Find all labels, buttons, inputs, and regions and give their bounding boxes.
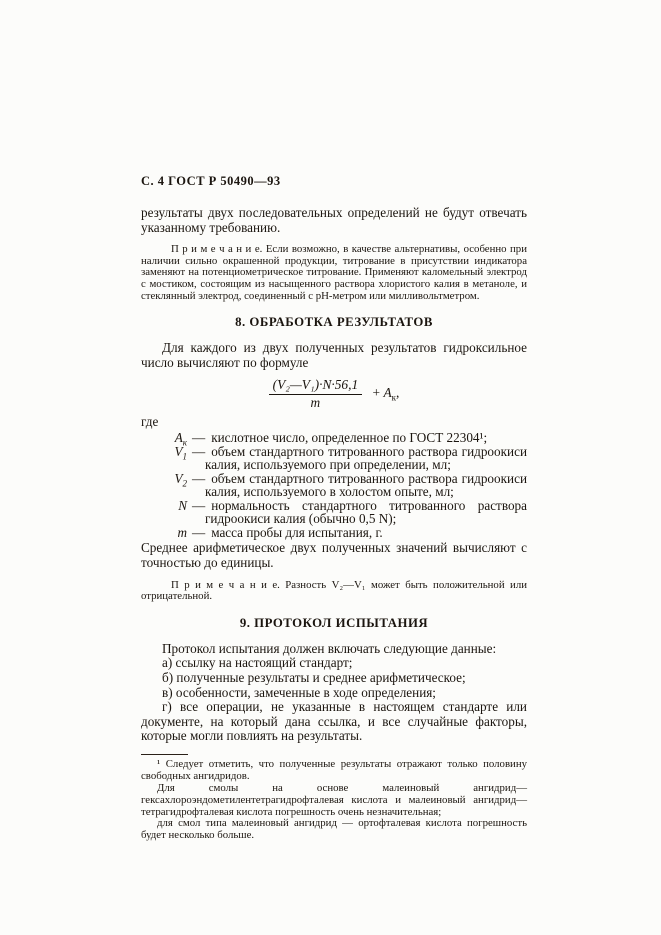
where-label: где — [141, 414, 527, 430]
definition-symbol: Aк — [160, 431, 187, 445]
definition-dash: — — [187, 525, 211, 540]
formula-intro-paragraph: Для каждого из двух полученных результат… — [141, 341, 527, 370]
fraction-numerator: (V₂—V₁)·N·56,1 — [269, 377, 363, 395]
definition-item: Aк—кислотное число, определенное по ГОСТ… — [141, 431, 527, 445]
definition-dash: — — [187, 444, 211, 459]
protocol-item: г) все операции, не указанные в настояще… — [141, 700, 527, 744]
protocol-items: а) ссылку на настоящий стандарт;б) получ… — [141, 656, 527, 744]
note-alternative: П р и м е ч а н и е. Если возможно, в ка… — [141, 244, 527, 302]
footnote-block: ¹ Следует отметить, что полученные резул… — [141, 759, 527, 842]
definitions-list: Aк—кислотное число, определенное по ГОСТ… — [141, 431, 527, 539]
definition-dash: — — [187, 471, 211, 486]
section-8-heading: 8. ОБРАБОТКА РЕЗУЛЬТАТОВ — [141, 315, 527, 330]
document-page: С. 4 ГОСТ Р 50490—93 результаты двух пос… — [0, 0, 661, 935]
intro-paragraph: результаты двух последовательных определ… — [141, 206, 527, 235]
hydroxyl-number-formula: (V₂—V₁)·N·56,1 m + Aк, — [141, 377, 527, 411]
footnote-paragraph: Для смолы на основе малеиновый ангидрид—… — [141, 783, 527, 819]
definition-item: m—масса пробы для испытания, г. — [141, 526, 527, 540]
fraction: (V₂—V₁)·N·56,1 m — [269, 377, 363, 411]
protocol-item: в) особенности, замеченные в ходе опреде… — [141, 686, 527, 701]
definition-item: V1—объем стандартного титрованного раств… — [141, 445, 527, 472]
footnote-paragraph: ¹ Следует отметить, что полученные резул… — [141, 759, 527, 783]
protocol-intro-paragraph: Протокол испытания должен включать следу… — [141, 642, 527, 657]
footnote-paragraph: для смол типа малеиновый ангидрид — орто… — [141, 818, 527, 842]
definition-symbol: m — [160, 526, 187, 540]
denominator-symbol: m — [311, 395, 321, 410]
note-difference: П р и м е ч а н и е. Разность V₂—V₁ може… — [141, 580, 527, 603]
footnote-separator — [141, 754, 188, 755]
definition-dash: — — [187, 498, 211, 513]
running-header: С. 4 ГОСТ Р 50490—93 — [141, 174, 527, 189]
acid-number-symbol: A — [383, 385, 391, 400]
definition-item: V2—объем стандартного титрованного раств… — [141, 472, 527, 499]
text-column: С. 4 ГОСТ Р 50490—93 результаты двух пос… — [141, 174, 527, 842]
section-9-heading: 9. ПРОТОКОЛ ИСПЫТАНИЯ — [141, 616, 527, 631]
formula-comma: , — [396, 385, 399, 400]
numerator-expression: (V₂—V₁)·N·56,1 — [273, 377, 359, 392]
plus-sign: + — [373, 385, 381, 400]
formula-suffix: + Aк, — [373, 385, 400, 400]
protocol-item: б) полученные результаты и среднее арифм… — [141, 671, 527, 686]
protocol-item: а) ссылку на настоящий стандарт; — [141, 656, 527, 671]
fraction-denominator: m — [269, 395, 363, 411]
average-paragraph: Среднее арифметическое двух полученных з… — [141, 541, 527, 570]
definition-symbol: N — [160, 499, 187, 513]
definition-item: N—нормальность стандартного титрованного… — [141, 499, 527, 526]
definition-symbol: V2 — [160, 472, 187, 486]
definition-symbol: V1 — [160, 445, 187, 459]
